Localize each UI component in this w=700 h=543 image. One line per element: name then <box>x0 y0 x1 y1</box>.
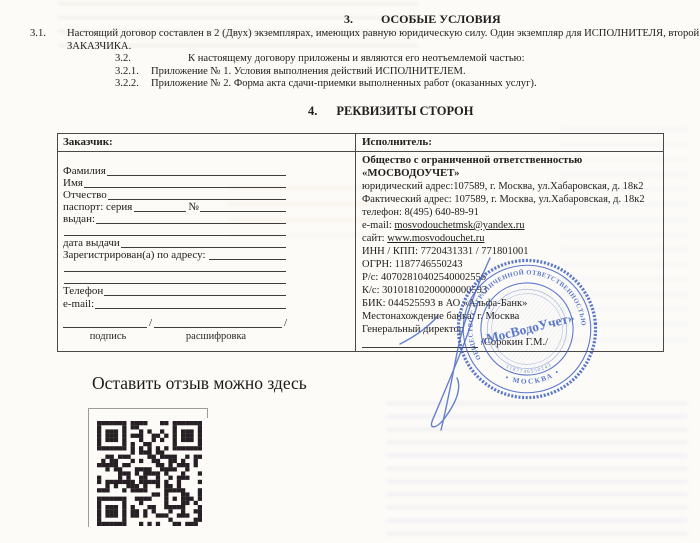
qr-frame <box>88 408 208 418</box>
clause-3-1: 3.1. Настоящий договор составлен в 2 (Дв… <box>30 28 700 39</box>
field-label: Имя <box>63 177 83 189</box>
table-header-divider <box>58 151 663 152</box>
blank-underline <box>64 273 286 284</box>
field-label: Отчество <box>63 189 107 201</box>
detail-text: Генеральный директор <box>362 323 464 336</box>
field-label: выдан: <box>63 213 95 225</box>
form-line: Фамилия <box>63 165 286 177</box>
form-line: Отчество <box>63 189 286 201</box>
signature-caption: подпись <box>85 331 131 342</box>
field-label: Телефон <box>63 285 103 297</box>
section4-title: РЕКВИЗИТЫ СТОРОН <box>336 104 473 119</box>
customer-form-lines: ФамилияИмяОтчествопаспорт: серия№выдан:д… <box>63 165 286 310</box>
company-stamp: ОБЩЕСТВО С ОГРАНИЧЕННОЙ ОТВЕТСТВЕННОСТЬЮ… <box>446 248 609 411</box>
form-line: Зарегистрирован(а) по адресу: <box>63 249 286 261</box>
signature-line <box>154 317 282 328</box>
section4-heading: 4. РЕКВИЗИТЫ СТОРОН <box>308 104 473 119</box>
clause-text: Настоящий договор составлен в 2 (Двух) э… <box>67 28 700 39</box>
form-line: выдан: <box>63 213 286 225</box>
qr-frame <box>88 408 97 527</box>
clause-text: Приложение № 1. Условия выполнения дейст… <box>151 66 466 77</box>
clause-number: 3.2.1. <box>115 66 151 77</box>
clause-3-2-2: 3.2.2. Приложение № 2. Форма акта сдачи-… <box>115 78 537 89</box>
clause-text: Приложение № 2. Форма акта сдачи-приемки… <box>151 78 537 89</box>
contractor-detail-line: e-mail: mosvodouchetmsk@yandex.ru <box>362 219 660 232</box>
contractor-detail-line: сайт: www.mosvodouchet.ru <box>362 232 660 245</box>
printed-link: www.mosvodouchet.ru <box>387 232 484 245</box>
qr-code <box>97 421 202 526</box>
slash: / <box>284 317 287 329</box>
form-line <box>63 225 286 237</box>
field-label: дата выдачи <box>63 237 120 249</box>
blank-underline <box>200 201 286 212</box>
form-line <box>63 261 286 273</box>
clause-number: 3.1. <box>30 28 67 39</box>
field-label: № <box>188 201 199 213</box>
blank-underline <box>95 298 286 309</box>
blank-underline <box>107 165 286 176</box>
section3-title: ОСОБЫЕ УСЛОВИЯ <box>381 12 501 27</box>
field-label: паспорт: серия <box>63 201 132 213</box>
clause-text: ЗАКАЗЧИКА. <box>67 41 131 52</box>
signature-line <box>63 317 147 328</box>
detail-text: юридический адрес:107589, г. Москва, ул.… <box>362 180 644 193</box>
clause-number: 3.2. <box>115 53 188 64</box>
section3-number: 3. <box>344 12 353 27</box>
clause-3-2: 3.2. К настоящему договору приложены и я… <box>115 53 525 64</box>
blank-underline <box>64 261 286 272</box>
detail-text: Общество с ограниченной ответственностью <box>362 154 582 167</box>
blank-underline <box>121 237 286 248</box>
table-column-divider <box>355 134 356 351</box>
section3-heading: 3. ОСОБЫЕ УСЛОВИЯ <box>344 12 501 27</box>
form-line: e-mail: <box>63 298 286 310</box>
feedback-caption: Оставить отзыв можно здесь <box>92 373 307 394</box>
form-line: Телефон <box>63 285 286 297</box>
field-label: сайт: <box>362 232 387 245</box>
printed-link: mosvodouchetmsk@yandex.ru <box>394 219 524 232</box>
blank-underline <box>209 249 286 260</box>
clause-3-2-1: 3.2.1. Приложение № 1. Условия выполнени… <box>115 66 466 77</box>
form-line: паспорт: серия№ <box>63 201 286 213</box>
detail-text: «МОСВОДОУЧЕТ» <box>362 167 460 180</box>
blank-underline <box>84 177 286 188</box>
contractor-detail-line: юридический адрес:107589, г. Москва, ул.… <box>362 180 660 193</box>
blank-underline <box>96 213 286 224</box>
contractor-detail-line: Общество с ограниченной ответственностью <box>362 154 660 167</box>
blank-underline <box>134 201 186 212</box>
field-label: e-mail: <box>362 219 394 232</box>
form-line <box>63 273 286 285</box>
signature-caption: расшифровка <box>181 331 251 342</box>
section4-number: 4. <box>308 104 317 119</box>
form-line: Имя <box>63 177 286 189</box>
detail-text: телефон: 8(495) 640-89-91 <box>362 206 479 219</box>
contractor-column-header: Исполнитель: <box>362 136 432 148</box>
customer-signature-row: / / <box>61 317 287 329</box>
bleed-through-artifact <box>386 402 688 540</box>
slash: / <box>149 317 152 329</box>
blank-underline <box>104 285 286 296</box>
field-label: Фамилия <box>63 165 106 177</box>
contractor-detail-line: «МОСВОДОУЧЕТ» <box>362 167 660 180</box>
detail-text: Фактический адрес: 107589, г. Москва, ул… <box>362 193 645 206</box>
scanned-contract-page: 3. ОСОБЫЕ УСЛОВИЯ 3.1. Настоящий договор… <box>0 0 700 543</box>
contractor-detail-line: Фактический адрес: 107589, г. Москва, ул… <box>362 193 660 206</box>
form-line: дата выдачи <box>63 237 286 249</box>
blank-underline <box>64 225 286 236</box>
clause-text: К настоящему договору приложены и являют… <box>188 53 525 64</box>
clause-3-1-continued: ЗАКАЗЧИКА. <box>67 41 131 52</box>
field-label: Зарегистрирован(а) по адресу: <box>63 249 208 261</box>
clause-number: 3.2.2. <box>115 78 151 89</box>
field-label: e-mail: <box>63 298 94 310</box>
contractor-detail-line: телефон: 8(495) 640-89-91 <box>362 206 660 219</box>
blank-underline <box>108 189 286 200</box>
customer-column-header: Заказчик: <box>63 136 113 148</box>
